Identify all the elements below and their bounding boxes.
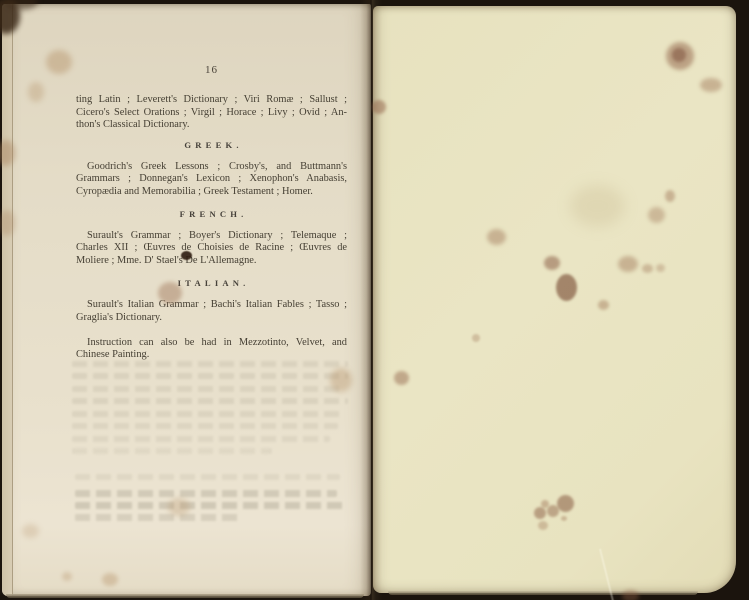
section-heading-greek: GREEK. xyxy=(76,140,347,150)
foxing-stain xyxy=(544,256,560,270)
ghost-text-line xyxy=(75,490,337,497)
ghost-text-line xyxy=(75,502,347,509)
paragraph-closing: Instruction can also be had in Mezzotint… xyxy=(76,337,347,362)
gutter-shadow xyxy=(360,0,382,600)
foxing-stain xyxy=(534,507,546,519)
section-heading-french: FRENCH. xyxy=(76,209,347,219)
text-line: Graglia's Dictionary. xyxy=(76,312,347,325)
ghost-text-line xyxy=(75,474,340,480)
foxing-stain xyxy=(570,185,625,227)
text-line: Goodrich's Greek Lessons ; Crosby's, and… xyxy=(76,161,347,174)
foxing-stain xyxy=(372,100,386,114)
section-italian: ITALIAN. Surault's Italian Grammar ; Bac… xyxy=(76,278,347,324)
page-number: 16 xyxy=(76,64,347,76)
section-french: FRENCH. Surault's Grammar ; Boyer's Dict… xyxy=(76,209,347,268)
ghost-text-line xyxy=(72,448,272,454)
text-line: Moliere ; Mme. D' Stael's De L'Allemagne… xyxy=(76,255,347,268)
foxing-stain xyxy=(561,516,567,521)
page-edge-strip xyxy=(2,4,13,596)
foxing-stain xyxy=(618,256,638,272)
ghost-text-line xyxy=(72,361,348,367)
ghost-text-line xyxy=(72,398,348,404)
foxing-stain xyxy=(46,50,72,74)
foxing-stain xyxy=(556,274,577,301)
left-page-text-column: 16 ting Latin ; Leverett's Dictionary ; … xyxy=(76,64,347,362)
foxing-stain xyxy=(642,264,653,273)
foxing-stain xyxy=(487,229,506,245)
foxing-stain xyxy=(557,495,574,512)
section-heading-italian: ITALIAN. xyxy=(76,278,347,288)
page-stack-edge-right xyxy=(388,591,698,595)
ghost-text-line xyxy=(72,423,338,429)
foxing-stain xyxy=(22,524,39,538)
text-line: Cyropædia and Memorabilia ; Greek Testam… xyxy=(76,186,347,199)
text-line: Cicero's Select Orations ; Virgil ; Hora… xyxy=(76,107,347,120)
section-greek: GREEK. Goodrich's Greek Lessons ; Crosby… xyxy=(76,140,347,199)
ghost-text-line xyxy=(75,514,243,521)
ghost-text-line xyxy=(72,436,330,442)
foxing-stain xyxy=(472,334,480,342)
foxing-stain xyxy=(102,573,118,586)
book-scan: 16 ting Latin ; Leverett's Dictionary ; … xyxy=(0,0,749,600)
foxing-stain xyxy=(394,371,409,385)
text-line: Chinese Painting. xyxy=(76,349,347,362)
ghost-text-line xyxy=(72,411,344,417)
foxing-stain xyxy=(538,521,548,530)
foxing-stain xyxy=(181,251,192,260)
foxing-stain xyxy=(700,78,722,92)
text-line: Grammars ; Donnegan's Lexicon ; Xenophon… xyxy=(76,173,347,186)
foxing-stain xyxy=(672,48,686,62)
text-line: ting Latin ; Leverett's Dictionary ; Vir… xyxy=(76,94,347,107)
ghost-text-line xyxy=(72,373,348,379)
foxing-stain xyxy=(330,368,352,392)
foxing-stain xyxy=(168,498,190,516)
text-line: Surault's Italian Grammar ; Bachi's Ital… xyxy=(76,299,347,312)
foxing-stain xyxy=(598,300,609,310)
foxing-stain xyxy=(28,82,44,102)
text-line: Surault's Grammar ; Boyer's Dictionary ;… xyxy=(76,230,347,243)
page-stack-edge-left xyxy=(6,594,364,598)
foxing-stain xyxy=(622,590,639,600)
foxing-stain xyxy=(62,572,72,581)
text-line: Charles XII ; Œuvres de Choisies de Raci… xyxy=(76,242,347,255)
foxing-stain xyxy=(648,207,665,223)
text-line: thon's Classical Dictionary. xyxy=(76,119,347,132)
text-line: Instruction can also be had in Mezzotint… xyxy=(76,337,347,350)
foxing-stain xyxy=(665,190,675,202)
paragraph-latin-continued: ting Latin ; Leverett's Dictionary ; Vir… xyxy=(76,94,347,132)
foxing-stain xyxy=(656,264,665,272)
ghost-text-line xyxy=(72,386,342,392)
foxing-stain xyxy=(158,282,182,304)
